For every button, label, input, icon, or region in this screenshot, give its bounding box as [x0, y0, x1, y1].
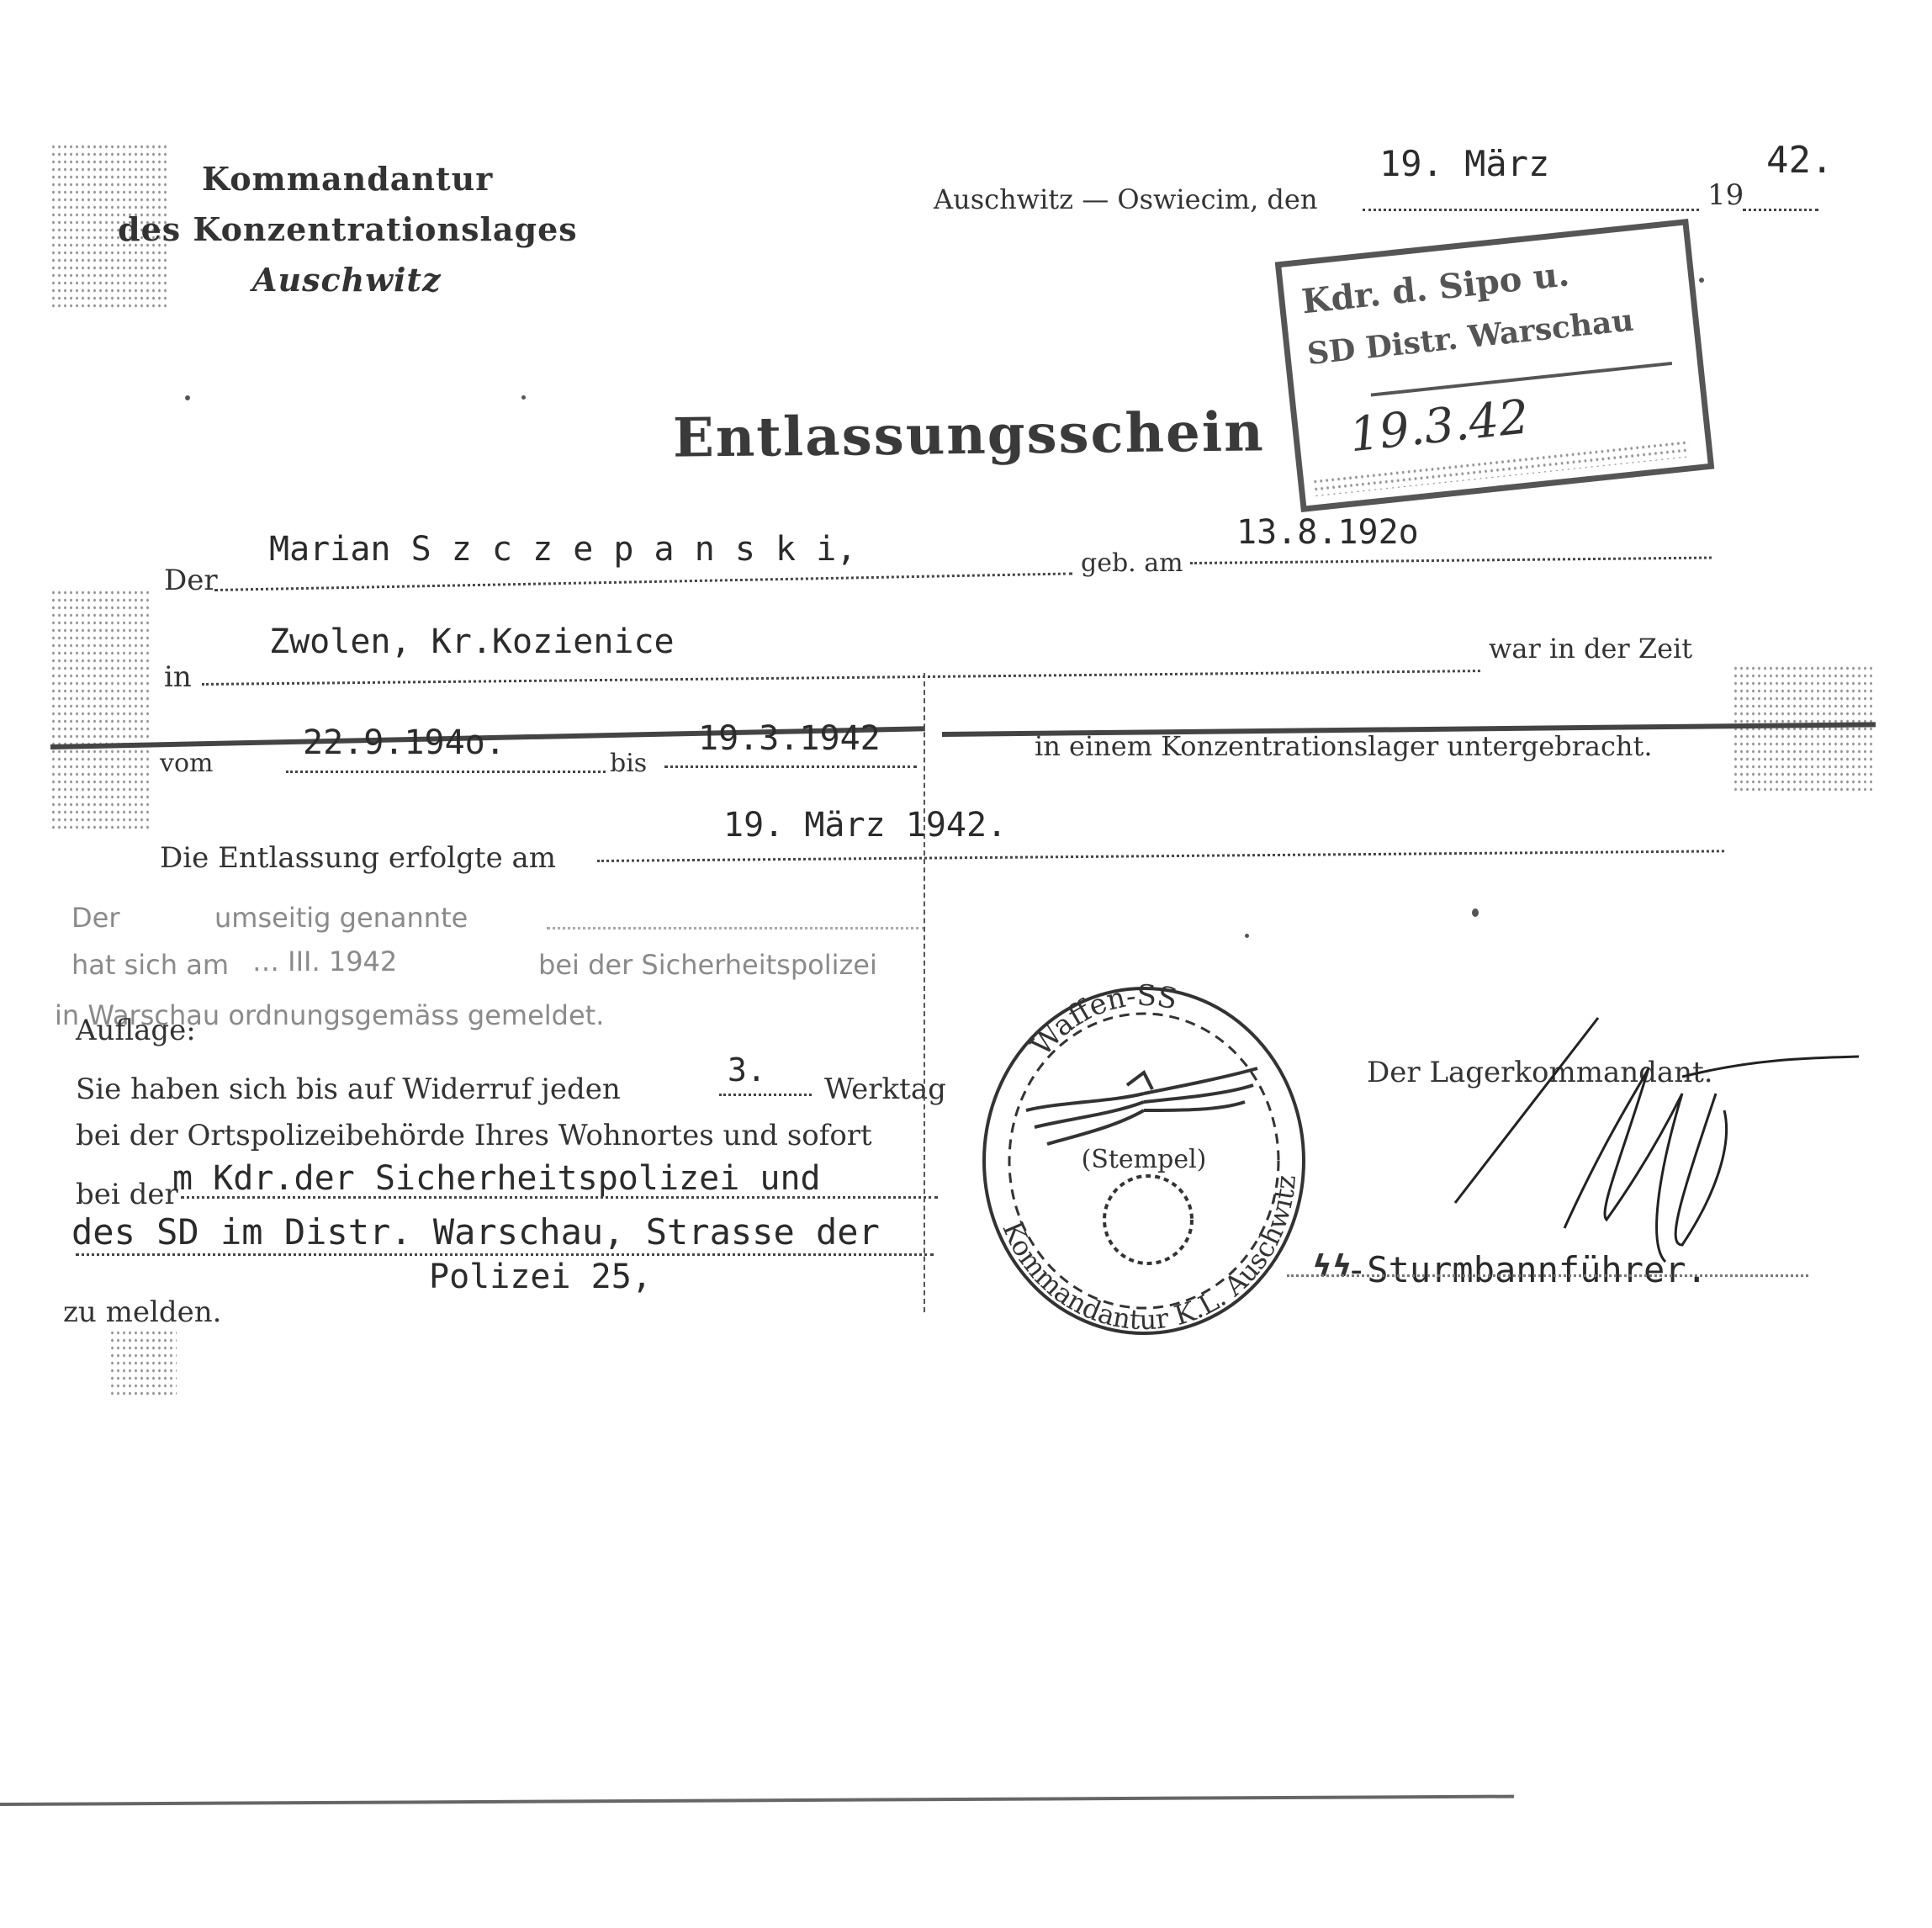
to-date: 19.3.1942	[698, 719, 881, 758]
header-line-1: Kommandantur	[202, 160, 493, 198]
overprint-report-date: … III. 1942	[252, 945, 397, 977]
year-line	[1743, 209, 1818, 211]
seal-bottom-text: Kommandantur K.L. Auschwitz	[996, 1173, 1302, 1336]
der-label: Der	[164, 564, 218, 597]
authority-line-1: m Kdr.der Sicherheitspolizei und	[172, 1159, 821, 1198]
conditions-line-2: bei der Ortspolizeibehörde Ihres Wohnort…	[76, 1119, 872, 1152]
birth-line	[1190, 557, 1712, 564]
commandant-rank: -Sturmbannführer.	[1346, 1249, 1707, 1290]
overprint-line-1	[547, 927, 925, 930]
header-line-2: des Konzentrationslages	[118, 210, 578, 248]
receipt-stamp: Kdr. d. Sipo u. SD Distr. Warschau 19.3.…	[1275, 219, 1715, 512]
scan-speck	[1699, 278, 1704, 283]
scan-speck	[1245, 934, 1249, 938]
conditions-closing: zu melden.	[63, 1295, 221, 1329]
header-line-3: Auschwitz	[252, 261, 442, 299]
conditions-line-1a: Sie haben sich bis auf Widerruf jeden	[76, 1073, 621, 1106]
rank-line	[1287, 1274, 1808, 1277]
typed-date: 19. März	[1379, 143, 1549, 184]
scan-speck	[1472, 908, 1479, 917]
vertical-fold	[924, 673, 925, 1312]
overprint-hat-sich: hat sich am	[71, 949, 229, 981]
document-title: Entlassungsschein	[673, 400, 1265, 469]
scan-edge	[0, 1795, 1514, 1806]
person-name: Marian S z c z e p a n s k i,	[269, 530, 856, 569]
name-line	[214, 572, 1072, 591]
scan-speck	[521, 395, 526, 400]
from-date: 22.9.194o.	[303, 723, 505, 762]
authority-line-2-rule	[76, 1253, 934, 1256]
scan-speck	[185, 395, 190, 400]
from-line	[286, 771, 606, 773]
authority-line-2: des SD im Distr. Warschau, Strasse der	[71, 1211, 880, 1253]
round-seal: Waffen-SS Kommandantur K.L. Auschwitz (S…	[967, 976, 1321, 1346]
typed-year: 42.	[1766, 139, 1833, 182]
birth-label: geb. am	[1081, 548, 1183, 578]
svg-text:(Stempel): (Stempel)	[1082, 1145, 1207, 1174]
release-line	[597, 850, 1724, 862]
authority-line-1-rule	[181, 1196, 938, 1199]
to-line	[664, 765, 917, 768]
vom-label: vom	[160, 749, 213, 778]
scan-noise	[109, 1329, 177, 1396]
release-date: 19. März 1942.	[723, 806, 1007, 845]
war-label: war in der Zeit	[1489, 633, 1692, 665]
place-label: Auschwitz — Oswiecim, den	[934, 183, 1317, 215]
conditions-line-1b: Werktag	[824, 1073, 946, 1106]
conditions-label: Auflage:	[76, 1014, 196, 1047]
stamp-handwritten-date: 19.3.42	[1347, 389, 1531, 463]
camp-text: in einem Konzentrationslager untergebrac…	[1035, 730, 1653, 762]
date-line	[1363, 209, 1699, 211]
in-label: in	[164, 660, 192, 694]
bis-label: bis	[610, 749, 647, 778]
birth-date: 13.8.192o	[1236, 513, 1419, 552]
overprint-der: Der	[71, 902, 119, 934]
signature	[1430, 1009, 1867, 1287]
authority-line-3: Polizei 25,	[429, 1258, 652, 1296]
interval-line	[719, 1094, 812, 1096]
report-interval: 3.	[728, 1051, 766, 1088]
place-of-residence: Zwolen, Kr.Kozienice	[269, 622, 675, 661]
overprint-named: umseitig genannte	[214, 902, 468, 934]
place-line	[202, 670, 1480, 686]
conditions-line-3-label: bei der	[76, 1178, 178, 1211]
release-label: Die Entlassung erfolgte am	[160, 841, 556, 875]
overprint-sipo: bei der Sicherheitspolizei	[538, 949, 877, 981]
scan-noise	[50, 589, 151, 833]
year-prefix: 19	[1707, 178, 1744, 212]
stamp-text-line-1: Kdr. d. Sipo u.	[1299, 254, 1571, 321]
